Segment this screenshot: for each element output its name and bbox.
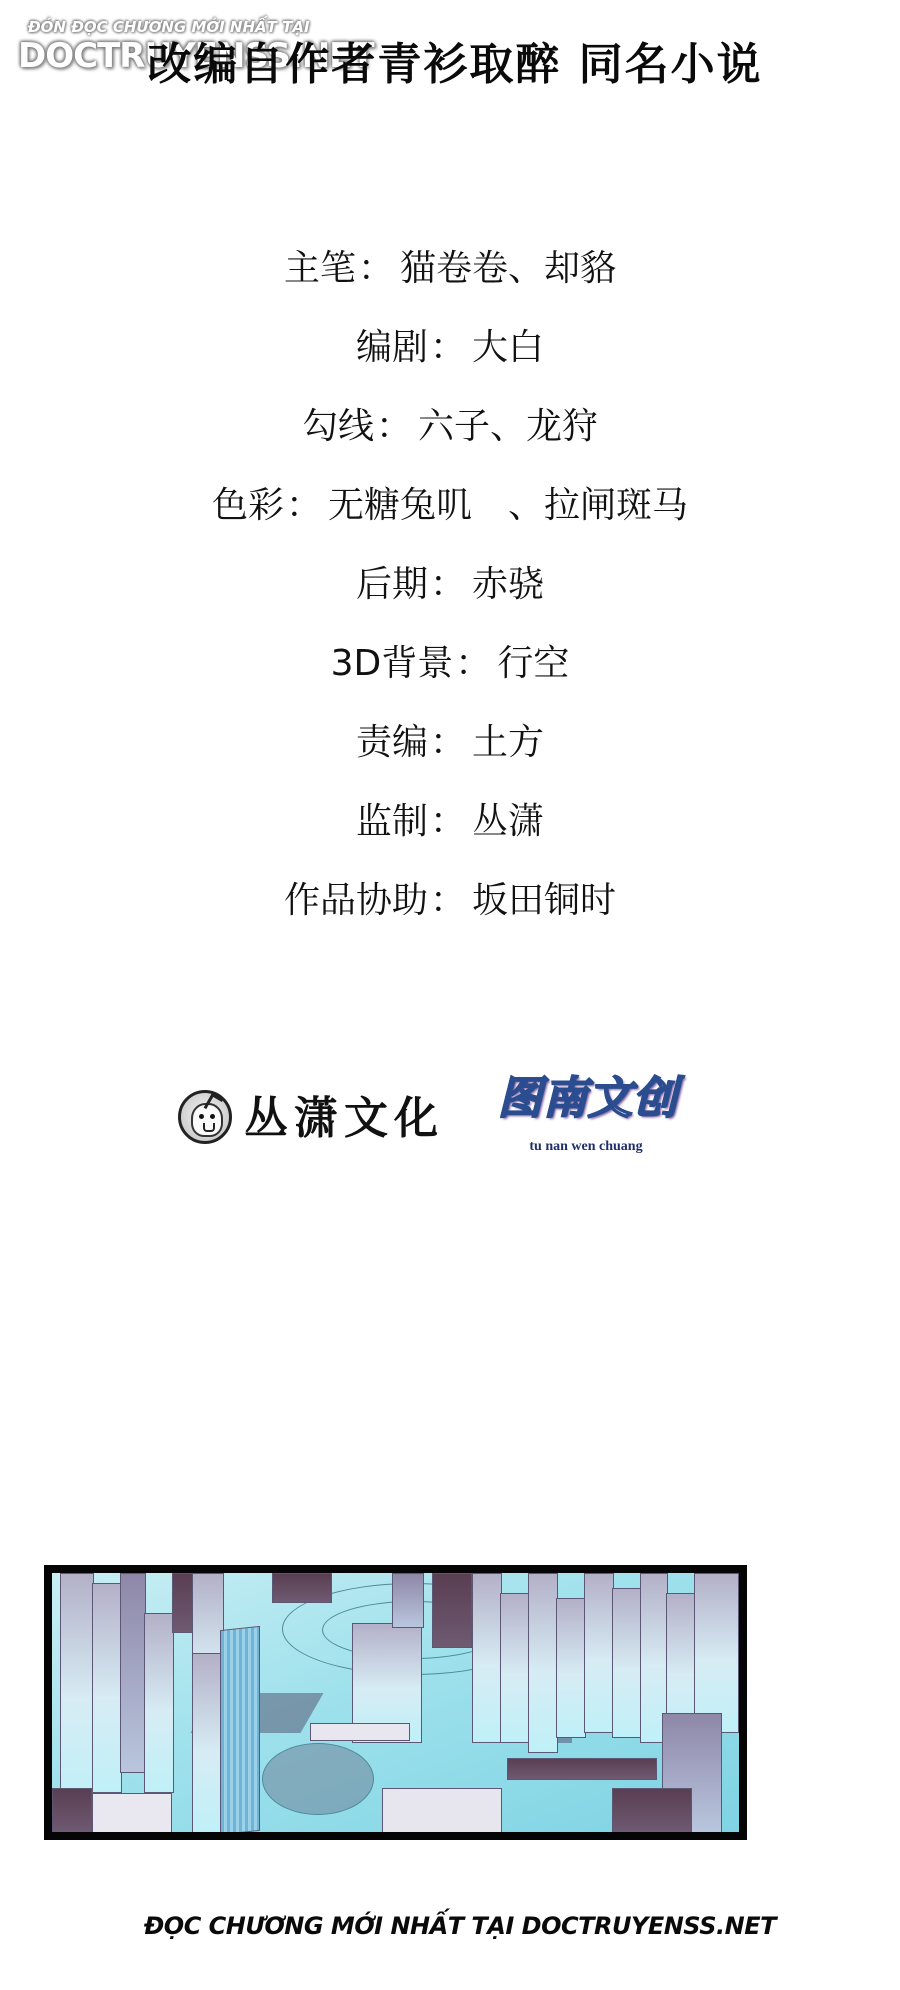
building [472,1573,502,1743]
page-title: 改编自作者青衫取醉 同名小说 [0,28,900,92]
credit-names: 土方 [472,722,544,763]
credit-names: 行空 [497,643,569,684]
credit-separator: ： [455,643,491,684]
plaza-ring [262,1743,374,1815]
credit-line-3d-background: 3D背景：行空 [0,639,900,718]
credit-line-color: 色彩：无糖兔叽 、拉闸斑马 [0,481,900,560]
credits-list: 主笔：猫卷卷、却貉 编剧：大白 勾线：六子、龙狩 色彩：无糖兔叽 、拉闸斑马 后… [0,244,900,955]
city-panel-illustration [44,1565,747,1840]
mascot-mouth [203,1123,215,1132]
credit-names: 无糖兔叽 、拉闸斑马 [328,485,688,526]
building [500,1593,530,1743]
credit-separator: ： [430,801,466,842]
building [694,1573,739,1733]
credit-separator: ： [430,327,466,368]
credit-line-assistance: 作品协助：坂田铜时 [0,876,900,955]
credit-role: 色彩 [212,485,284,526]
credit-role: 监制 [356,801,428,842]
building [612,1588,642,1738]
credit-names: 猫卷卷、却貉 [400,248,616,289]
building [556,1598,586,1738]
building [92,1583,122,1793]
credit-role: 勾线 [302,406,374,447]
building [60,1573,94,1803]
credit-line-producer: 监制：丛潇 [0,797,900,876]
building [432,1573,472,1648]
credit-names: 赤骁 [472,564,544,605]
credit-role: 后期 [356,564,428,605]
credit-separator: ： [358,248,394,289]
low-rise-dark [612,1788,692,1833]
congxiao-culture-logo: 丛潇文化 [178,1090,468,1152]
credit-line-screenwriter: 编剧：大白 [0,323,900,402]
low-rise-dark [52,1788,92,1833]
tunan-wenchuang-calligraphy: 图南文创 [498,1068,674,1130]
credit-separator: ： [286,485,322,526]
congxiao-culture-text: 丛潇文化 [244,1094,444,1144]
credit-separator: ： [430,880,466,921]
credit-line-post: 后期：赤骁 [0,560,900,639]
credit-separator: ： [430,722,466,763]
mascot-icon [178,1090,232,1144]
credit-role: 编剧 [356,327,428,368]
mascot-eye [199,1114,204,1119]
building [584,1573,614,1733]
credit-names: 六子、龙狩 [418,406,598,447]
credit-line-lead-artist: 主笔：猫卷卷、却貉 [0,244,900,323]
low-rise [310,1723,410,1741]
low-rise [382,1788,502,1833]
building [528,1573,558,1753]
building [272,1573,332,1603]
mascot-tuft [204,1093,224,1114]
glass-tower [220,1626,260,1835]
credit-role: 主笔 [284,248,356,289]
credit-names: 坂田铜时 [472,880,616,921]
credit-separator: ： [376,406,412,447]
building [120,1573,146,1773]
tunan-wenchuang-subtitle: tu nan wen chuang [498,1139,674,1155]
low-rise [92,1793,172,1833]
footer-banner: ĐỌC CHƯƠNG MỚI NHẤT TẠI DOCTRUYENSS.NET [0,1912,900,1940]
mascot-face [191,1103,223,1137]
credit-line-lineart: 勾线：六子、龙狩 [0,402,900,481]
low-rise-dark [507,1758,657,1780]
credit-line-editor: 责编：土方 [0,718,900,797]
credit-separator: ： [430,564,466,605]
credit-names: 大白 [472,327,544,368]
credit-role: 3D背景 [331,643,454,684]
credit-role: 作品协助 [284,880,428,921]
building [192,1653,222,1833]
building [172,1573,194,1633]
credit-names: 丛潇 [472,801,544,842]
tunan-wenchuang-logo: 图南文创 tu nan wen chuang [498,1068,678,1158]
building [144,1613,174,1793]
credit-role: 责编 [356,722,428,763]
building [392,1573,424,1628]
mascot-eye [210,1114,215,1119]
